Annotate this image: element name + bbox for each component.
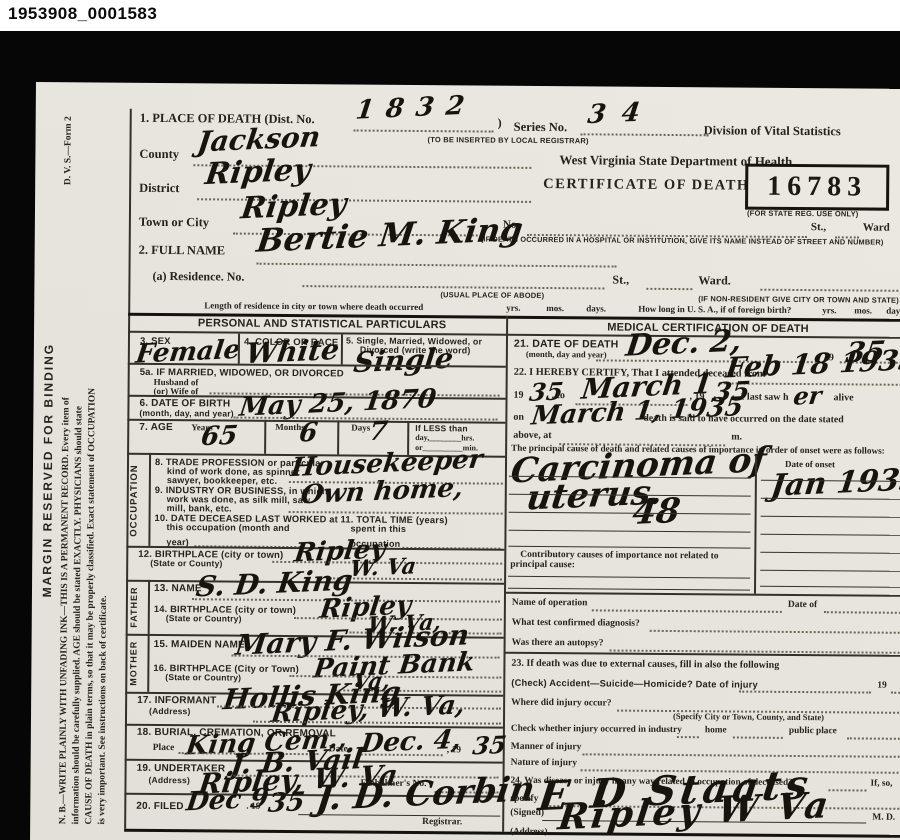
residence-st-label: St., [612,273,629,288]
yrs-label: yrs. [822,305,836,315]
district-number-value: 1832 [354,92,478,124]
above-at-label: above, at [513,430,551,441]
margin-binding-note: MARGIN RESERVED FOR BINDING [38,116,58,824]
dotted-line [650,629,900,634]
abode-note: (USUAL PLACE OF ABODE) [440,290,544,300]
on-label: on [513,412,524,423]
dotted-line [760,288,900,292]
home-label: home [705,725,727,735]
date-of-death-sub: (month, day and year) [526,349,607,360]
state-reg-note: (FOR STATE REG. USE ONLY) [747,209,859,219]
dotted-line [592,608,782,612]
operation-date-label: Date of [788,600,817,610]
cell-divider [337,420,339,454]
form-number: D. V. S.—Form 2 [62,116,76,185]
dotted-line [257,262,617,268]
dotted-line [581,132,709,136]
birthplace-sub-label: (State or County) [150,558,222,569]
scanned-death-certificate: { "colors": { "background": "#060606", "… [0,0,900,840]
personal-section-title: PERSONAL AND STATISTICAL PARTICULARS [138,317,506,332]
alive-label: alive [834,392,854,403]
how-long-usa-label: How long in U. S. A., if of foreign birt… [638,304,791,315]
specify-city-note: (Specify City or Town, County, and State… [673,711,824,722]
dotted-line [847,736,900,739]
industry-label3: mill, bank, etc. [167,503,232,514]
registration-number: 16783 [767,171,867,204]
yrs-label: yrs. [506,303,520,313]
occupation-vertical-label: OCCUPATION [128,457,140,545]
certificate-page: MARGIN RESERVED FOR BINDING N. B.—WRITE … [30,82,900,840]
local-registrar-note: (TO BE INSERTED BY LOCAL REGISTRAR) [428,135,589,145]
physician-address-value: Ripley W Va [556,787,833,835]
mos-label: mos. [854,305,872,315]
district-value: Ripley [203,155,312,190]
onset-rule [760,586,900,588]
dotted-line [739,690,871,694]
dotted-line [302,284,604,289]
dotted-line [891,691,900,694]
injury-year-prefix: 19 [877,681,887,691]
age-years-value: 65 [200,423,240,451]
death-stated-label: death is said to have occurred on the da… [643,413,843,426]
group-bracket [148,453,150,546]
mos-label: mos. [546,303,564,313]
physician-address-label: (Address) [510,826,547,836]
burial-year-value: 35 [471,733,508,759]
total-time-label2: spent in this [350,523,406,533]
division-title: Division of Vital Statistics [704,123,841,139]
section-rule [504,592,900,597]
certificate-title: CERTIFICATE OF DEATH [543,176,750,195]
series-no-value: 34 [586,99,658,128]
cell-divider [264,420,266,454]
cell-divider [238,334,240,364]
series-no-label: Series No. [514,120,568,135]
date-of-death-value: Dec. 2, [624,326,743,361]
days-label: days. [586,303,606,313]
contributory-rule [508,576,750,579]
onset-rule [760,552,900,554]
county-value: Jackson [196,123,322,157]
if-less-label1: If LESS than [415,423,468,433]
full-name-value: Bertie M. King [255,213,525,257]
manner-injury-label: Manner of injury [511,742,582,753]
md-label: M. D. [872,813,895,823]
cell-divider [341,334,343,364]
filed-year-prefix: . 19 [246,802,260,812]
date-of-onset-value: Jan 1935 [769,465,900,502]
age-months-value: 6 [298,420,319,447]
age-label: 7. AGE [139,422,173,433]
dotted-line [677,735,699,738]
registrar-label: Registrar. [422,817,462,827]
dotted-line [828,788,866,791]
mother-maiden-name-label: 15. MAIDEN NAME [154,639,245,651]
undertaker-address-label: (Address) [148,775,190,785]
residence-ward-label: Ward. [698,273,730,288]
pronoun-value: er [792,383,823,408]
dob-sub-label: (month, day, and year) [139,408,234,419]
days-label: days. [886,306,900,316]
from-year-prefix: 19 [514,390,524,401]
onset-rule [760,570,900,572]
dotted-line [646,287,692,290]
onset-rule [761,516,900,518]
mother-birthplace-sub: (State or Country) [165,672,241,683]
industry-value: Own home, [299,475,465,508]
age-days-label: Days [351,422,370,432]
contributory-label2: principal cause: [510,560,575,571]
length-residence-label: Length of residence in city or town wher… [204,300,423,312]
filed-year-value: 35 [267,789,307,817]
father-vertical-label: FATHER [129,583,139,631]
dotted-line [354,128,494,132]
registration-number-stamp: 16783 [745,164,889,211]
if-less-label2: day,________hrs. [415,433,474,442]
binding-margin-text: MARGIN RESERVED FOR BINDING N. B.—WRITE … [38,116,115,825]
scan-file-label: 1953908_0001583 [8,4,157,24]
mother-vertical-label: MOTHER [128,639,138,689]
street-label: St., [811,221,826,233]
injury-location-label: Check whether injury occurred in industr… [511,724,682,735]
father-birthplace-sub: (State or Country) [166,613,242,624]
if-so-label: If, so, [870,779,892,789]
onset-box-border [754,456,757,594]
operation-label: Name of operation [512,598,588,609]
county-label: County [139,147,179,162]
hospital-note: (IF DEATH OCCURRED IN A HOSPITAL OR INST… [481,234,884,246]
informant-address-label: (Address) [149,706,191,716]
marital-value: Single [352,345,455,378]
public-place-label: public place [789,726,837,736]
dotted-line [583,752,900,758]
group-bracket [148,580,150,634]
full-name-label: 2. FULL NAME [139,243,226,259]
paren-label: ) [498,116,502,131]
group-bracket [147,634,149,692]
last-worked-label2: this occupation (month and [166,522,289,533]
cause-rule [508,546,750,549]
dotted-line [733,735,783,738]
age-days-value: 7 [368,418,389,445]
nature-injury-label: Nature of injury [511,758,577,769]
onset-rule [760,534,900,536]
informant-label: 17. INFORMANT [137,695,216,707]
test-confirmed-label: What test confirmed diagnosis? [512,618,640,629]
burial-place-label: Place [153,743,175,753]
district-label: District [139,181,179,196]
external-causes-label: 23. If death was due to external causes,… [511,658,779,671]
autopsy-label: Was there an autopsy? [512,638,604,649]
burial-year-prefix: , 19 [447,745,461,755]
residence-label: (a) Residence. No. [152,269,244,285]
where-injury-label: Where did injury occur? [511,698,611,709]
ward-label: Ward [863,221,890,233]
accident-check-label: (Check) Accident—Suicide—Homicide? Date … [511,678,758,690]
town-label: Town or City [139,215,209,231]
registrar-signature: J. D. Corbin [314,772,536,816]
dotted-line [824,610,900,614]
filed-label: 20. FILED [136,801,183,812]
nonresident-note: (IF NON-RESIDENT GIVE CITY OR TOWN AND S… [698,294,899,305]
specify-label: specify [510,794,538,804]
contributory-rule [508,588,750,591]
